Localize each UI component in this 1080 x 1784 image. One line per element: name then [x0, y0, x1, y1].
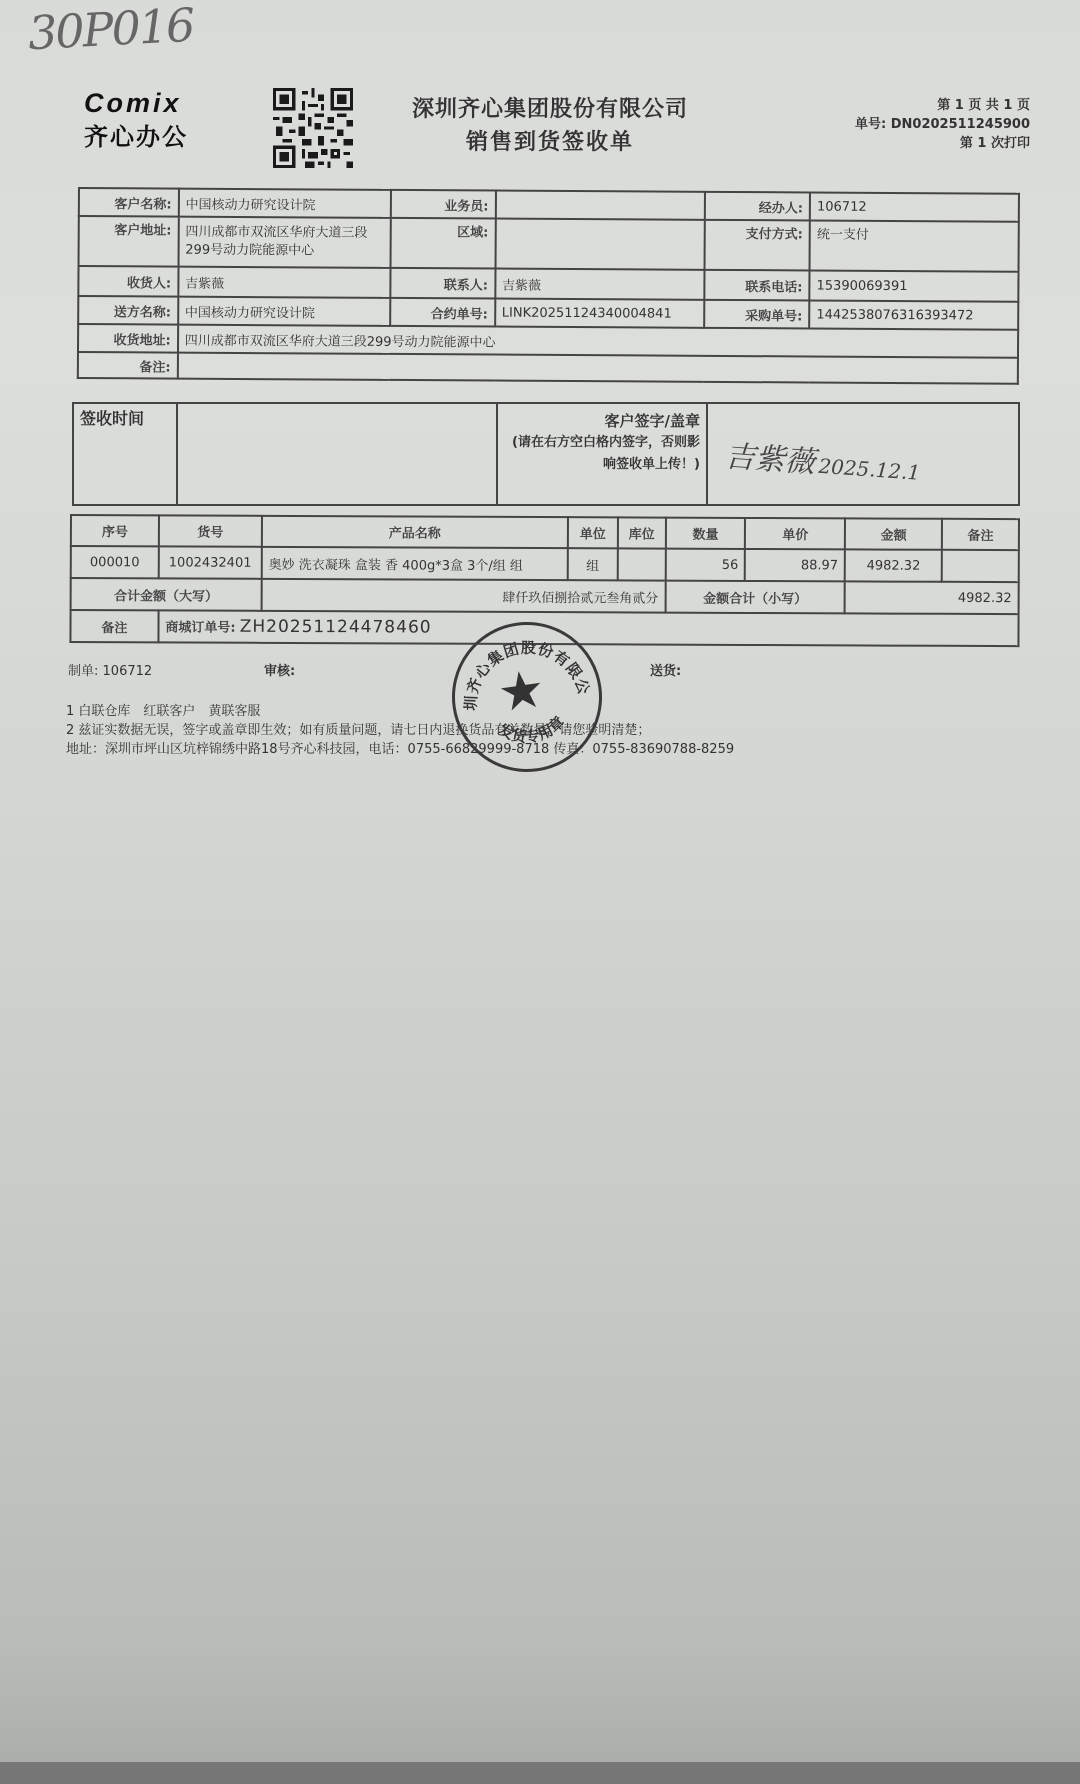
company-seal: 深圳齐心集团股份有限公司 发货专用章 ★ [442, 612, 611, 781]
logo-cn: 齐心办公 [84, 117, 188, 152]
handler: 106712 [810, 192, 1019, 221]
ship-to: 中国核动力研究设计院 [178, 297, 390, 326]
maker-label: 制单: [68, 664, 98, 679]
total-lower-label: 金额合计（小写） [665, 581, 845, 614]
mall-order-label: 商城订单号: [165, 620, 235, 635]
document-meta: 第 1 页 共 1 页 单号: DN0202511245900 第 1 次打印 [855, 96, 1030, 153]
signature-date: 2025.12.1 [818, 454, 921, 485]
customer-sign-label: 客户签字/盖章 [504, 410, 700, 432]
contact: 吉紫薇 [495, 269, 705, 300]
audit-label: 审核: [264, 660, 295, 679]
customer-address: 四川成都市双流区华府大道三段299号动力院能源中心 [178, 217, 391, 268]
item-qty: 56 [665, 549, 745, 581]
page-bottom-edge [0, 1762, 1080, 1784]
region [495, 219, 705, 270]
customer-name: 中国核动力研究设计院 [179, 189, 391, 218]
payment-label: 支付方式: [705, 220, 810, 271]
customer-name-label: 客户名称: [79, 188, 179, 217]
ship-to-label: 送方名称: [78, 296, 178, 325]
item-amount: 4982.32 [845, 549, 942, 581]
document-title: 深圳齐心集团股份有限公司 销售到货签收单 [400, 92, 700, 156]
doc-no-label: 单号: [855, 117, 886, 132]
total-row: 合计金额（大写） 肆仟玖佰捌拾贰元叁角贰分 金额合计（小写） 4982.32 [71, 578, 1019, 614]
items-header-row: 序号 货号 产品名称 单位 库位 数量 单价 金额 备注 [71, 515, 1019, 550]
payment-method: 统一支付 [810, 220, 1019, 271]
salesman-label: 业务员: [391, 190, 496, 219]
contract-label: 合约单号: [390, 298, 495, 327]
signature-name: 吉紫薇 [724, 439, 816, 480]
col-location: 库位 [618, 517, 666, 548]
salesman [495, 191, 705, 220]
maker: 制单: 106712 [68, 660, 152, 679]
company-logo: Comix 齐心办公 [84, 88, 188, 152]
purchase-label: 采购单号: [705, 300, 810, 329]
customer-address-label: 客户地址: [79, 216, 179, 267]
col-amount: 金额 [845, 518, 942, 549]
customer-sign-hint: (请在右方空白格内签字，否则影响签收单上传！) [504, 432, 700, 476]
delivery-label: 送货: [650, 660, 681, 679]
region-label: 区域: [390, 218, 495, 269]
doc-no-value: DN0202511245900 [891, 117, 1030, 132]
note-label: 备注 [70, 610, 158, 642]
qr-code-icon [273, 88, 353, 168]
customer-sign-label-cell: 客户签字/盖章 (请在右方空白格内签字，否则影响签收单上传！) [497, 403, 707, 505]
item-price: 88.97 [745, 549, 845, 581]
sign-time-label: 签收时间 [73, 403, 177, 505]
company-address: 地址：深圳市坪山区坑梓锦绣中路18号齐心科技园，电话：0755-66829999… [66, 740, 734, 759]
copies-note: 1 白联仓库 红联客户 黄联客服 [66, 702, 734, 721]
item-location [617, 548, 665, 580]
total-lower: 4982.32 [845, 581, 1019, 614]
page-info: 第 1 页 共 1 页 [855, 96, 1030, 115]
phone-label: 联系电话: [705, 270, 810, 301]
handwritten-note: 30P016 [27, 0, 195, 60]
customer-info-table: 客户名称: 中国核动力研究设计院 业务员: 经办人: 106712 客户地址: … [77, 187, 1020, 385]
footer-notes: 1 白联仓库 红联客户 黄联客服 2 兹证实数据无误，签字或盖章即生效；如有质量… [66, 702, 734, 759]
table-row: 000010 1002432401 奥妙 洗衣凝珠 盒装 香 400g*3盒 3… [71, 546, 1019, 582]
col-qty: 数量 [666, 518, 746, 549]
col-remark: 备注 [942, 519, 1019, 550]
sign-time-value [177, 403, 497, 505]
col-unit: 单位 [568, 517, 618, 548]
mall-order-no: ZH20251124478460 [240, 617, 432, 638]
item-unit: 组 [568, 548, 618, 580]
document-type: 销售到货签收单 [400, 125, 700, 156]
col-price: 单价 [745, 518, 845, 549]
logo-en: Comix [84, 88, 188, 119]
maker-value: 106712 [103, 664, 153, 679]
document-number: 单号: DN0202511245900 [855, 115, 1030, 134]
contract-no: LINK20251124340004841 [495, 299, 705, 328]
print-count: 第 1 次打印 [855, 134, 1030, 153]
handler-label: 经办人: [705, 192, 810, 221]
col-product-name: 产品名称 [262, 516, 568, 548]
item-name: 奥妙 洗衣凝珠 盒装 香 400g*3盒 3个/组 组 [262, 547, 568, 580]
star-icon: ★ [495, 663, 548, 721]
col-seq: 序号 [71, 515, 159, 546]
remark-label: 备注: [78, 352, 178, 379]
consignee: 吉紫薇 [178, 267, 390, 298]
consignee-label: 收货人: [78, 266, 178, 297]
total-upper-label: 合计金额（大写） [71, 578, 262, 611]
remark [178, 353, 1018, 384]
confirmation-note: 2 兹证实数据无误，签字或盖章即生效；如有质量问题，请七日内退换货品有关数量，请… [66, 721, 734, 740]
contact-label: 联系人: [390, 268, 495, 299]
delivery-address-label: 收货地址: [78, 324, 178, 353]
item-remark [942, 550, 1019, 582]
col-sku: 货号 [159, 515, 262, 546]
item-seq: 000010 [71, 546, 159, 578]
purchase-no: 1442538076316393472 [809, 300, 1018, 329]
item-sku: 1002432401 [159, 546, 262, 578]
company-name: 深圳齐心集团股份有限公司 [400, 92, 700, 123]
phone: 15390069391 [809, 270, 1018, 301]
total-upper: 肆仟玖佰捌拾贰元叁角贰分 [261, 579, 665, 613]
